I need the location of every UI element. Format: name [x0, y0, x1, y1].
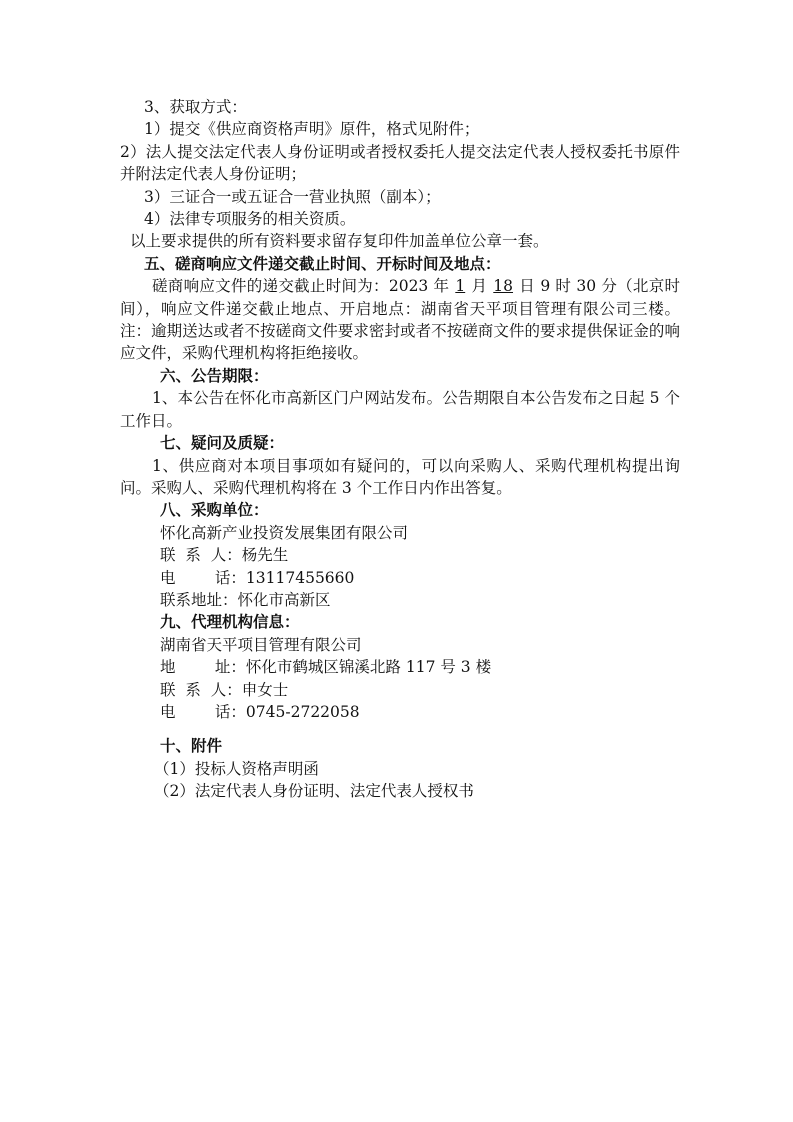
acquisition-note: 以上要求提供的所有资料要求留存复印件加盖单位公章一套。: [120, 230, 680, 252]
agency-org: 湖南省天平项目管理有限公司: [120, 634, 680, 656]
acquisition-item-2: 2）法人提交法定代表人身份证明或者授权委托人提交法定代表人授权委托书原件并附法定…: [120, 141, 680, 186]
attachment-item-1: （1）投标人资格声明函: [120, 758, 680, 780]
purchaser-contact: 联 系 人：杨先生: [120, 544, 680, 566]
acquisition-item-3: 3）三证合一或五证合一营业执照（副本）；: [120, 186, 680, 208]
agency-contact: 联 系 人：申女士: [120, 679, 680, 701]
section6-heading: 六、公告期限：: [120, 365, 680, 387]
section5-text: 磋商响应文件的递交截止时间为：2023 年1月18日 9 时 30 分（北京时间…: [120, 275, 680, 365]
section8-heading: 八、采购单位：: [120, 499, 680, 521]
section7-text: 1、供应商对本项目事项如有疑问的，可以向采购人、采购代理机构提出询问。采购人、采…: [120, 455, 680, 500]
deadline-month: 1: [449, 277, 471, 295]
purchaser-org: 怀化高新产业投资发展集团有限公司: [120, 522, 680, 544]
attachment-item-2: （2）法定代表人身份证明、法定代表人授权书: [120, 780, 680, 802]
acquisition-heading: 3、获取方式：: [120, 96, 680, 118]
purchaser-address: 联系地址：怀化市高新区: [120, 589, 680, 611]
month-label: 月: [471, 277, 487, 295]
section5-heading: 五、磋商响应文件递交截止时间、开标时间及地点：: [120, 253, 680, 275]
section5-text-pre: 磋商响应文件的递交截止时间为：2023 年: [152, 277, 449, 295]
agency-address: 地 址：怀化市鹤城区锦溪北路 117 号 3 楼: [120, 656, 680, 678]
acquisition-item-4: 4）法律专项服务的相关资质。: [120, 208, 680, 230]
document-page: 3、获取方式： 1）提交《供应商资格声明》原件，格式见附件； 2）法人提交法定代…: [120, 96, 680, 803]
section10-heading: 十、附件: [120, 735, 680, 757]
agency-phone: 电 话：0745-2722058: [120, 701, 680, 723]
section9-heading: 九、代理机构信息：: [120, 611, 680, 633]
section7-heading: 七、疑问及质疑：: [120, 432, 680, 454]
purchaser-phone: 电 话：13117455660: [120, 567, 680, 589]
section6-text: 1、本公告在怀化市高新区门户网站发布。公告期限自本公告发布之日起 5 个工作日。: [120, 387, 680, 432]
acquisition-item-1: 1）提交《供应商资格声明》原件，格式见附件；: [120, 118, 680, 140]
deadline-day: 18: [487, 277, 519, 295]
